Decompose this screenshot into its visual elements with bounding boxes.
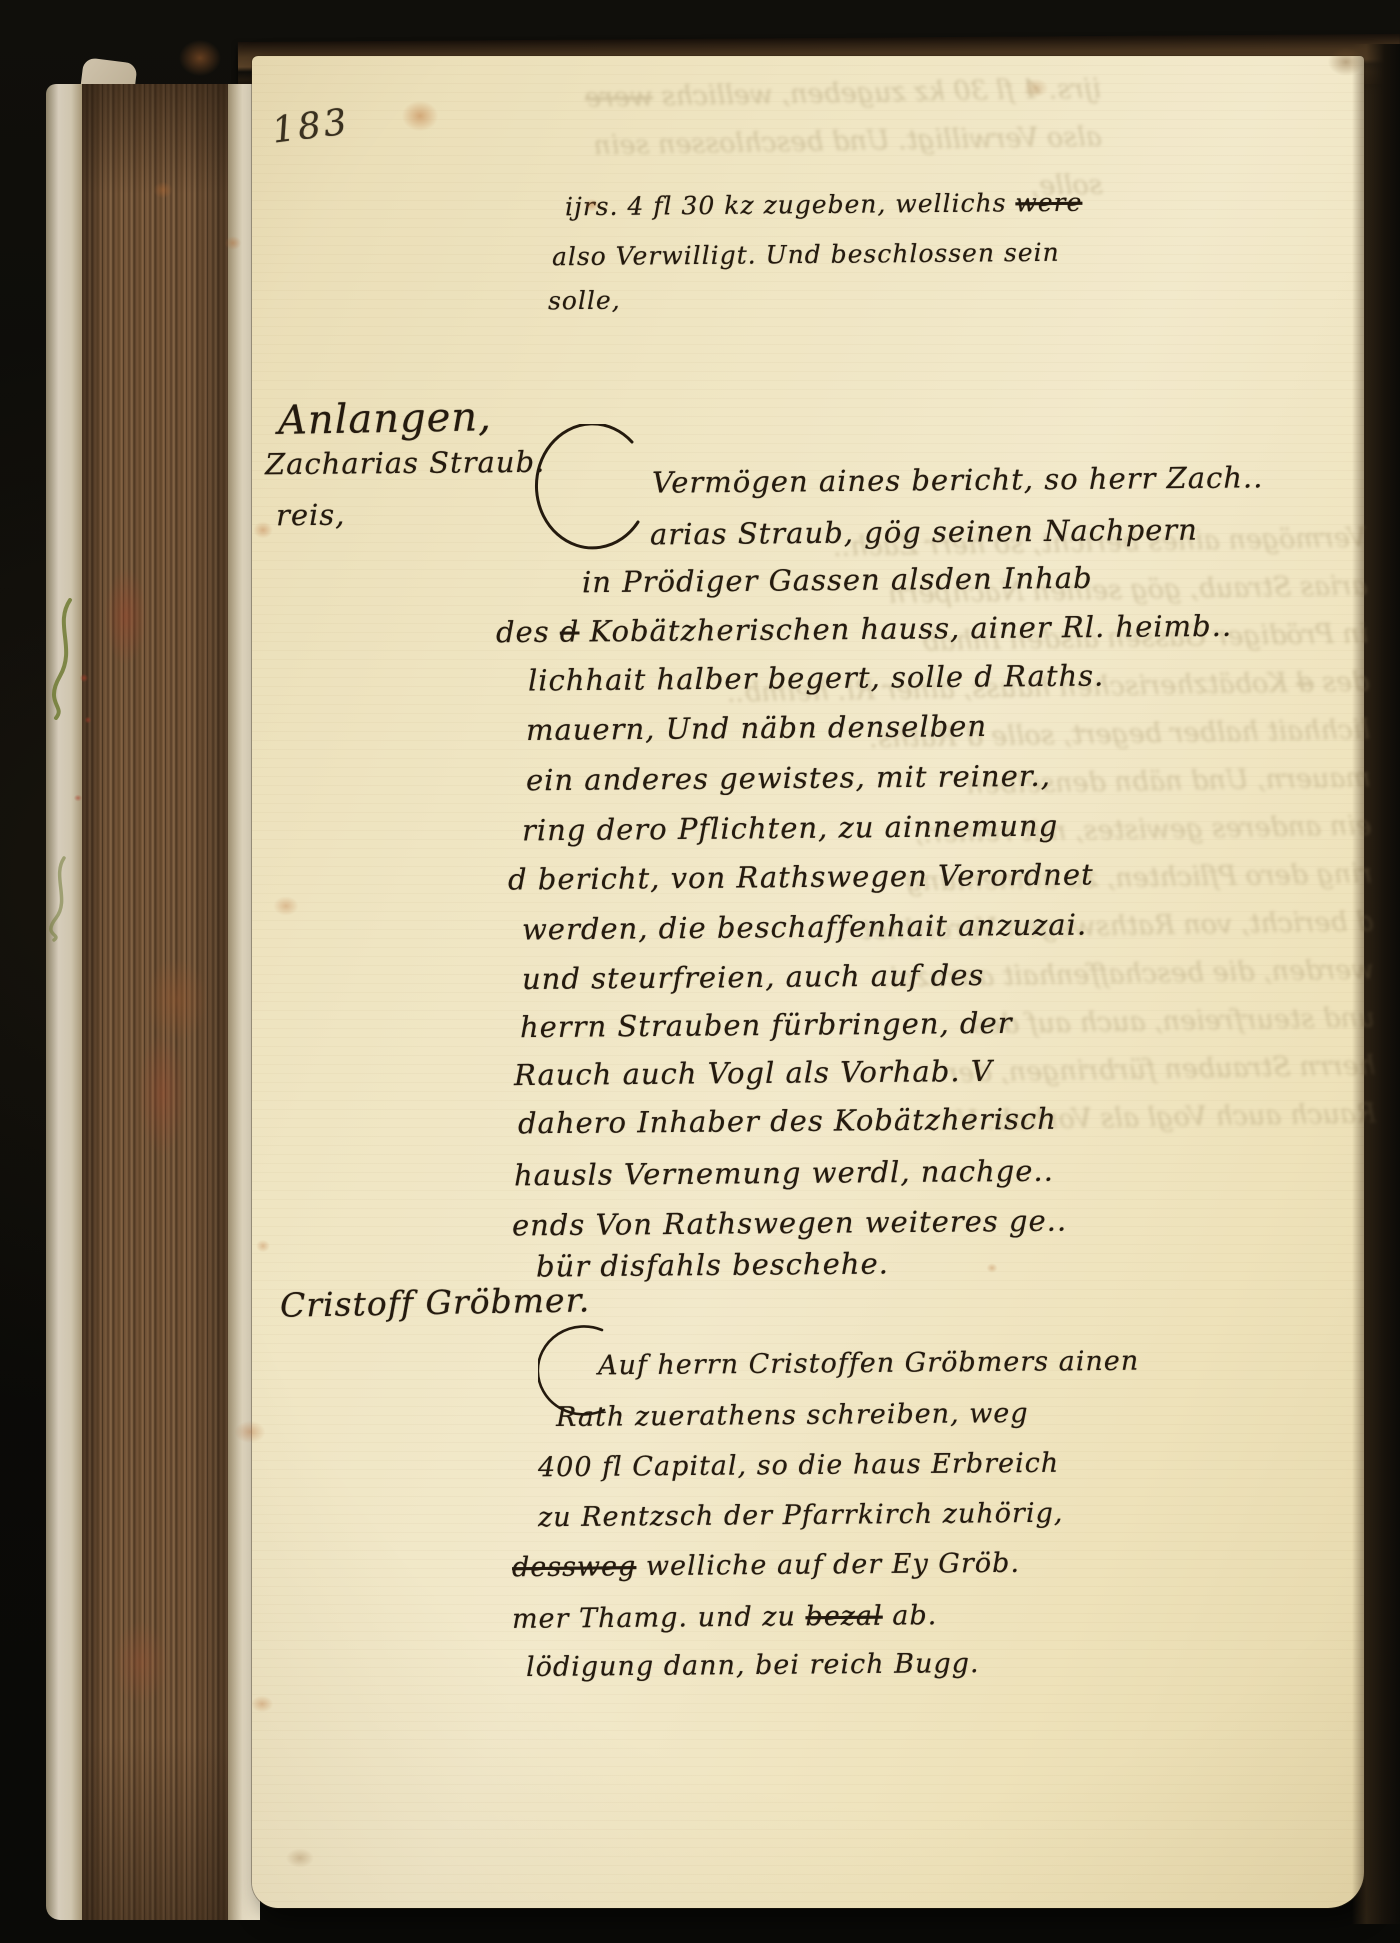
bleedthrough-line: und steurfreien, auch auf des	[955, 1002, 1375, 1040]
bleedthrough-line: lichhait halber begert, solle d Raths.	[950, 714, 1370, 752]
entry-line: lödigung dann, bei reich Bugg.	[526, 1648, 980, 1683]
entry-line: mer Thamg. und zu bezal ab.	[512, 1600, 938, 1635]
entry-line: ein anderes gewistes, mit reiner.,	[526, 759, 1051, 798]
entry-line: lichhait halber begert, solle d Raths.	[528, 658, 1105, 697]
margin-note-line: Zacharias Straub.	[265, 445, 546, 481]
bleedthrough-line: solle,	[582, 169, 1102, 209]
entry-line: herrn Strauben fürbringen, der	[520, 1006, 1013, 1044]
entry-line: werden, die beschaffenhait anzuzai.	[522, 908, 1087, 947]
bleedthrough-line: Vermögen aines bericht, so herr Zach..	[947, 522, 1367, 560]
entry-line: Vermögen aines bericht, so herr Zach..	[652, 460, 1264, 499]
opening-flourish-1	[514, 424, 654, 569]
bleedthrough-line: des d Kobätzherischen hauss, ainer Rl. h…	[949, 666, 1369, 704]
bleedthrough-line: herrn Strauben fürbringen, der	[956, 1050, 1376, 1088]
opening-flourish-2	[538, 1324, 618, 1424]
entry-line: Rath zuerathens schreiben, weg	[556, 1398, 1029, 1433]
entry-line: zu Rentzsch der Pfarrkirch zuhörig,	[538, 1498, 1064, 1534]
page-edge-strip-left	[46, 84, 82, 1920]
entry-line: dahero Inhaber des Kobätzherisch	[518, 1102, 1057, 1141]
book-fore-edge	[46, 84, 260, 1920]
entry-line: in Prödiger Gassen alsden Inhab	[582, 561, 1093, 599]
entry-line: d bericht, von Rathswegen Verordnet	[508, 857, 1094, 896]
passage-line: ijrs. 4 fl 30 kz zugeben, wellichs were	[565, 188, 1083, 222]
entry-line: dessweg welliche auf der Ey Gröb.	[512, 1548, 1020, 1583]
continuation-passage: ijrs. 4 fl 30 kz zugeben, wellichs werea…	[252, 56, 1364, 1908]
bleedthrough-line: ring dero Pflichten, zu ainnemung	[952, 858, 1372, 896]
bleedthrough-line: werden, die beschaffenhait anzuzai.	[954, 954, 1374, 992]
section-heading-anlangen: Anlangen,	[278, 394, 493, 444]
bleedthrough-line: ein anderes gewistes, mit reiner.,	[952, 810, 1372, 848]
bleedthrough-line: Rauch auch Vogl als Vorhab. V	[957, 1098, 1377, 1136]
bleedthrough-line: mauern, Und näbn denselben	[951, 762, 1371, 800]
bleedthrough-line: in Prödiger Gassen alsden Inhab	[948, 618, 1368, 656]
entry-line: ring dero Pflichten, zu ainnemung	[522, 809, 1058, 848]
entry-line: hausls Vernemung werdl, nachge..	[514, 1154, 1054, 1193]
bleedthrough-line: arias Straub, gög seinen Nachpern	[947, 570, 1367, 608]
entry-line: Rauch auch Vogl als Vorhab. V	[514, 1054, 993, 1092]
entry-line: Auf herrn Cristoffen Gröbmers ainen	[598, 1346, 1139, 1382]
entry-cristoff-groebmer: Auf herrn Cristoffen Gröbmers ainenRath …	[252, 56, 1364, 1908]
entry-line: mauern, Und näbn denselben	[526, 709, 987, 747]
entry-line: bür disfahls beschehe.	[536, 1246, 889, 1283]
ink-bleedthrough-top: ijrs. 4 fl 30 kz zugeben, wellichs werea…	[581, 73, 1103, 226]
entry-zacharias-straub: Vermögen aines bericht, so herr Zach..ar…	[252, 56, 1364, 1908]
bleedthrough-line: ijrs. 4 fl 30 kz zugeben, wellichs were	[581, 73, 1101, 113]
entry-line: des d Kobätzherischen hauss, ainer Rl. h…	[496, 609, 1232, 649]
folio-number: 183	[270, 101, 352, 151]
section-heading-cristoff-groebmer: Cristoff Gröbmer.	[280, 1280, 591, 1324]
entry-line: arias Straub, gög seinen Nachpern	[650, 513, 1198, 552]
entry-line: und steurfreien, auch auf des	[522, 958, 985, 996]
margin-note-line: reis,	[276, 498, 346, 533]
manuscript-photo: ijrs. 4 fl 30 kz zugeben, wellichs werea…	[0, 0, 1400, 1943]
passage-line: also Verwilligt. Und beschlossen sein	[552, 238, 1060, 271]
stacked-page-edges	[82, 84, 228, 1920]
entry-line: ends Von Rathswegen weiteres ge..	[512, 1204, 1067, 1243]
margin-note-zacharias-straub: Zacharias Straub.reis,	[252, 56, 1364, 1908]
bleedthrough-line: d bericht, von Rathswegen Verordnet	[953, 906, 1373, 944]
bookmark-thread	[50, 598, 80, 720]
page-right-shadow	[1352, 44, 1400, 1924]
ink-bleedthrough-right: Vermögen aines bericht, so herr Zach..ar…	[947, 522, 1378, 1153]
bleedthrough-line: also Verwilligt. Und beschlossen sein	[582, 121, 1102, 161]
manuscript-page: ijrs. 4 fl 30 kz zugeben, wellichs werea…	[252, 56, 1364, 1908]
entry-line: 400 fl Capital, so die haus Erbreich	[538, 1448, 1059, 1484]
passage-line: solle,	[548, 286, 621, 316]
bookmark-thread-2	[48, 856, 74, 942]
